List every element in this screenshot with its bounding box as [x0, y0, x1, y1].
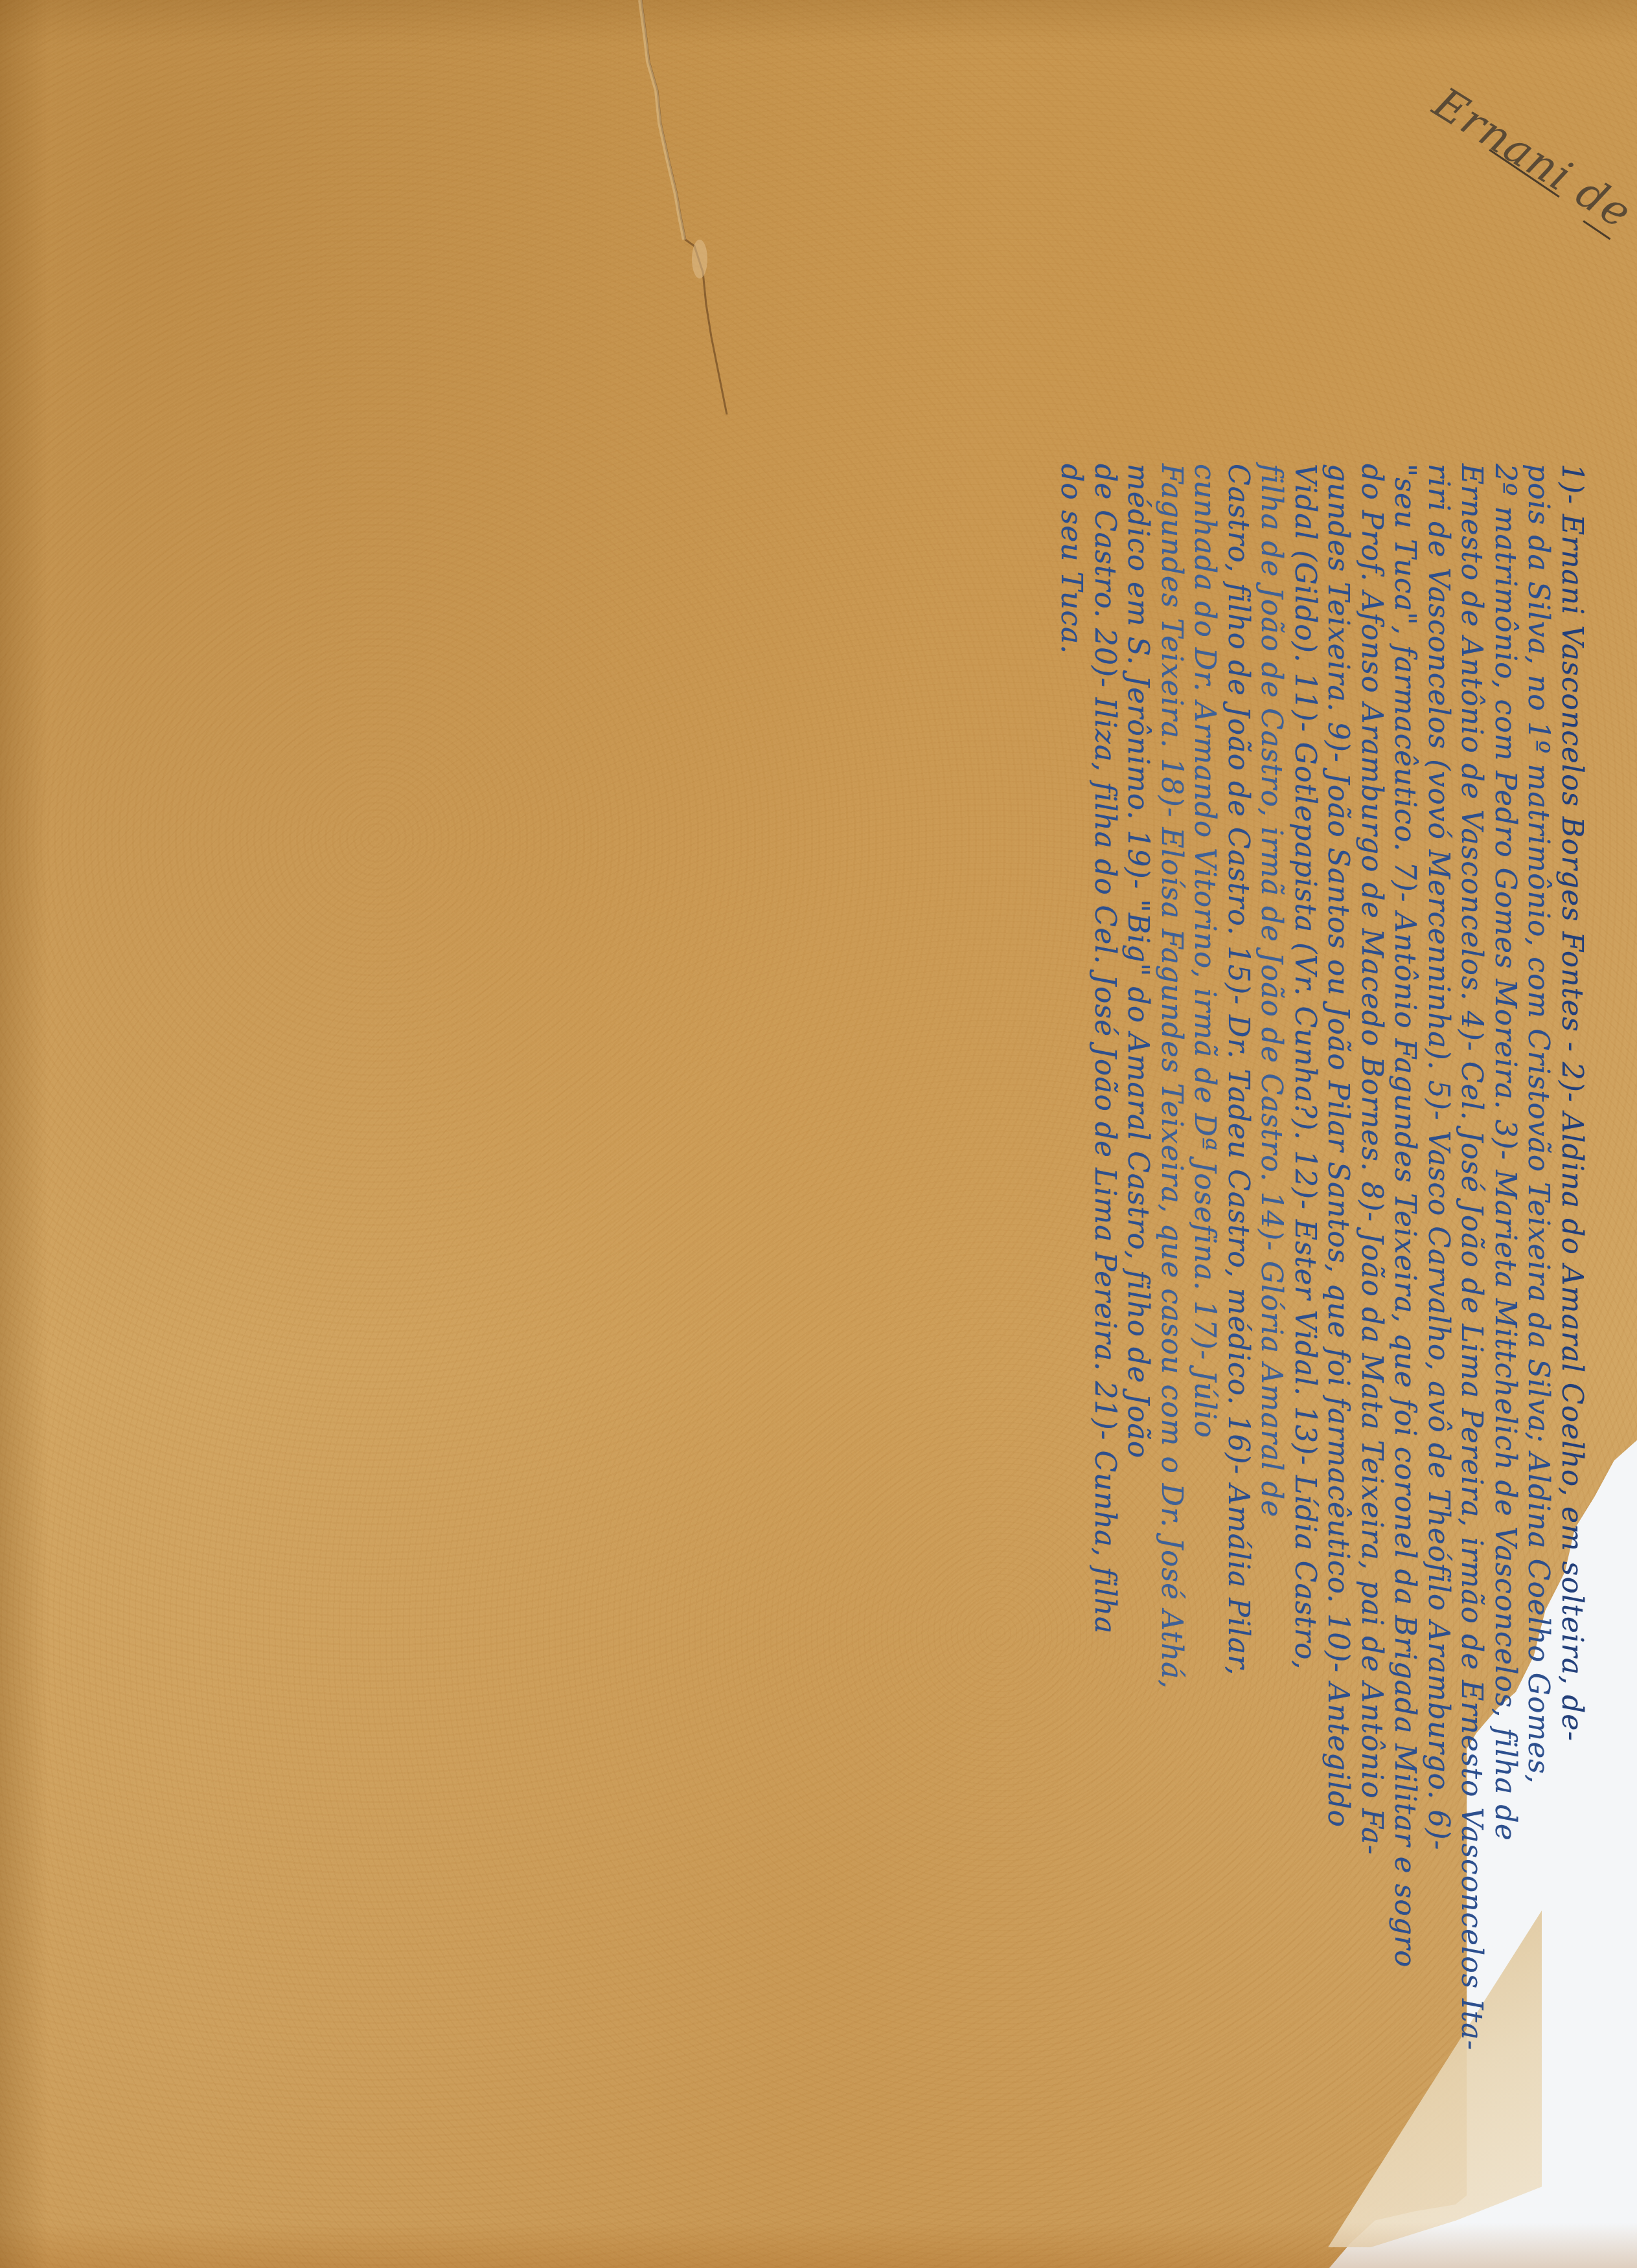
handwritten-line: pois da Silva, no 1º matrimônio, com Cri… — [1522, 464, 1555, 2115]
handwritten-line: Ernesto de Antônio de Vasconcelos. 4)- C… — [1455, 464, 1489, 2115]
scanned-document: Ernani de 1)- Ernani Vasconcelos Borges … — [0, 0, 1637, 2268]
handwritten-line: do seu Tuca. — [1055, 464, 1088, 2115]
handwritten-line: gundes Teixeira. 9)- João Santos ou João… — [1322, 464, 1355, 2115]
handwritten-line: Castro, filho de João de Castro. 15)- Dr… — [1222, 464, 1255, 2115]
handwritten-line: "seu Tuca", farmacêutico. 7)- Antônio Fa… — [1388, 464, 1422, 2115]
handwritten-line: 2º matrimônio, com Pedro Gomes Moreira. … — [1489, 464, 1522, 2115]
handwritten-line: cunhada do Dr. Armando Vitorino, irmã de… — [1188, 464, 1222, 2115]
handwritten-line: de Castro. 20)- Iliza, filha do Cel. Jos… — [1088, 464, 1122, 2115]
handwritten-line: 1)- Ernani Vasconcelos Borges Fontes - 2… — [1555, 464, 1589, 2115]
handwritten-line: filha de João de Castro, irmã de João de… — [1255, 464, 1288, 2115]
handwritten-line: Fagundes Teixeira. 18)- Eloísa Fagundes … — [1155, 464, 1189, 2115]
handwritten-line: Vidal (Gildo). 11)- Gotlepapista (Vr. Cu… — [1288, 464, 1322, 2115]
handwritten-line: do Prof. Afonso Aramburgo de Macedo Born… — [1355, 464, 1389, 2115]
handwritten-line: riri de Vasconcelos (vovó Mercenninha). … — [1422, 464, 1456, 2115]
handwritten-list: 1)- Ernani Vasconcelos Borges Fontes - 2… — [1055, 464, 1588, 2115]
handwritten-line: médico em S. Jerônimo. 19)- "Big" do Ama… — [1121, 464, 1155, 2115]
